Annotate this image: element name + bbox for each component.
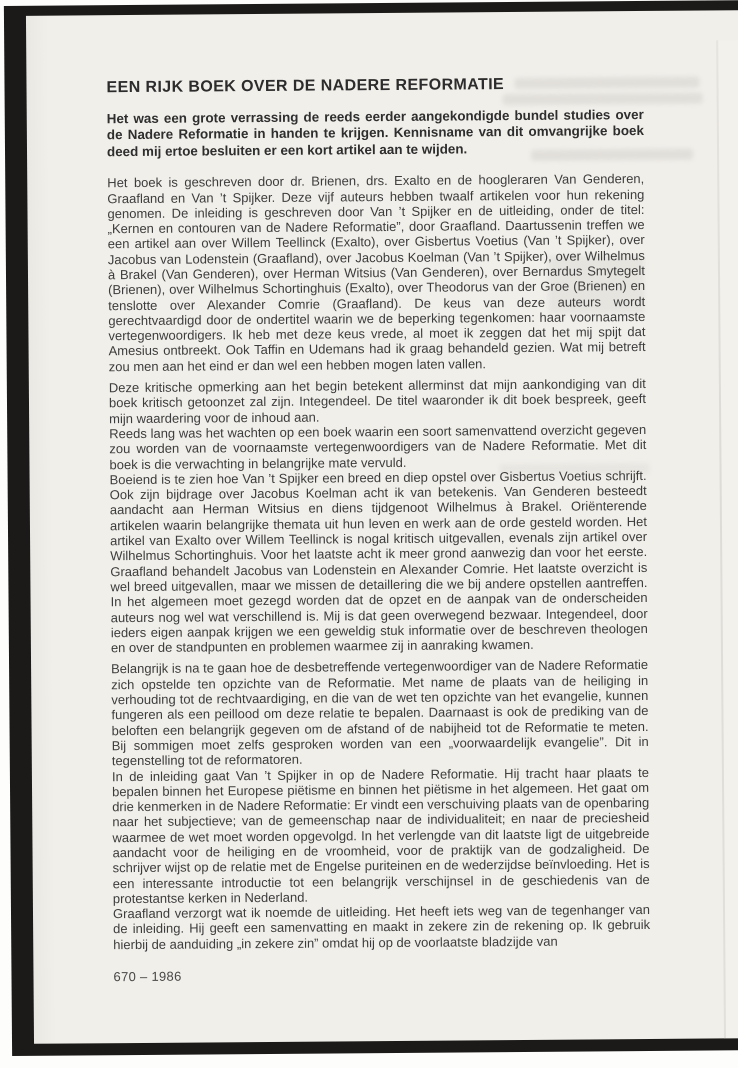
article-paragraph: Graafland verzorgt wat ik noemde de uitl… (113, 902, 650, 952)
article-lead: Het was een grote verrassing de reeds ee… (107, 107, 644, 160)
article-title: EEN RIJK BOEK OVER DE NADERE REFORMATIE (106, 75, 643, 97)
article-paragraph: Belangrijk is na te gaan hoe de desbetre… (111, 657, 649, 768)
page-number: 670 – 1986 (113, 965, 650, 984)
article-paragraph: Het boek is geschreven door dr. Brienen,… (107, 171, 646, 374)
article: EEN RIJK BOEK OVER DE NADERE REFORMATIE … (106, 75, 650, 984)
scan-border: EEN RIJK BOEK OVER DE NADERE REFORMATIE … (4, 0, 738, 1056)
article-paragraph: In de inleiding gaat Van ’t Spijker in o… (112, 764, 650, 906)
article-paragraph: Deze kritische opmerking aan het begin b… (109, 376, 646, 426)
page: EEN RIJK BOEK OVER DE NADERE REFORMATIE … (26, 10, 738, 1044)
article-paragraph: Reeds lang was het wachten op een boek w… (109, 422, 646, 472)
article-paragraph: Boeiend is te zien hoe Van ’t Spijker ee… (110, 468, 648, 656)
